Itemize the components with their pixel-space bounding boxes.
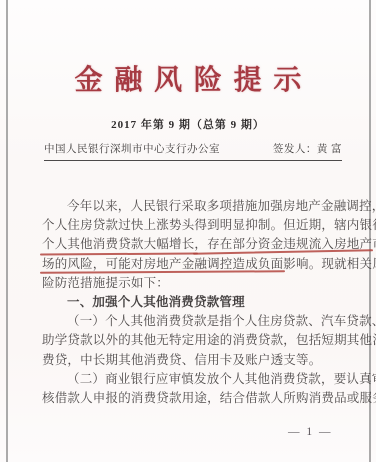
- section-heading-text: 一、加强个人其他消费贷款管理: [67, 295, 245, 309]
- document-title: 金融风险提示: [0, 58, 376, 98]
- body-line: 费贷，中长期其他消费贷、信用卡及账户透支等。: [42, 351, 364, 370]
- body-line-text: （一）个人其他消费贷款是指个人住房贷款、汽车贷款、: [67, 314, 376, 328]
- body-line-text: 助学贷款以外的其他无特定用途的消费贷款，包括短期其他消: [42, 333, 376, 347]
- body-line-text: 场的风险，可能对房地产金融调控造成负面影响。现就相关风: [42, 257, 376, 271]
- document-page: 金融风险提示 2017 年第 9 期（总第 9 期） 中国人民银行深圳市中心支行…: [0, 0, 376, 462]
- body-line-text: （二）商业银行应审慎发放个人其他消费贷款，要认真审: [67, 372, 376, 386]
- body-line: （二）商业银行应审慎发放个人其他消费贷款，要认真审: [42, 370, 364, 389]
- issuer-name: 签发人：黄 富: [273, 141, 342, 156]
- body-line-text: 个人住房贷款过快上涨势头得到明显抑制。但近期，辖内银行: [42, 218, 376, 232]
- document-body: 今年以来，人民银行采取多项措施加强房地产金融调控， 个人住房贷款过快上涨势头得到…: [42, 197, 364, 408]
- page-number: — 1 —: [288, 426, 333, 438]
- body-line-text: 险防范措施提示如下：: [42, 276, 169, 290]
- masthead-row: 中国人民银行深圳市中心支行办公室 签发人：黄 富: [44, 141, 342, 161]
- publisher-name: 中国人民银行深圳市中心支行办公室: [44, 141, 220, 156]
- body-line: 核借款人申报的消费贷款用途，结合借款人所购消费品或服务: [42, 389, 364, 408]
- section-heading: 一、加强个人其他消费贷款管理: [42, 293, 364, 312]
- body-line: 险防范措施提示如下：: [42, 274, 364, 293]
- body-line-text: 今年以来，人民银行采取多项措施加强房地产金融调控，: [67, 199, 376, 213]
- body-line-underlined: 场的风险，可能对房地产金融调控造成负面影响。现就相关风: [42, 255, 364, 274]
- body-line: （一）个人其他消费贷款是指个人住房贷款、汽车贷款、: [42, 312, 364, 331]
- body-line-underlined: 个人其他消费贷款大幅增长，存在部分资金违规流入房地产市: [42, 235, 364, 254]
- body-line-text: 核借款人申报的消费贷款用途，结合借款人所购消费品或服务: [42, 391, 376, 405]
- body-line: 今年以来，人民银行采取多项措施加强房地产金融调控，: [42, 197, 364, 216]
- issue-line: 2017 年第 9 期（总第 9 期）: [0, 116, 376, 132]
- body-line: 助学贷款以外的其他无特定用途的消费贷款，包括短期其他消: [42, 331, 364, 350]
- body-line: 个人住房贷款过快上涨势头得到明显抑制。但近期，辖内银行: [42, 216, 364, 235]
- body-line-text: 费贷，中长期其他消费贷、信用卡及账户透支等。: [42, 353, 321, 367]
